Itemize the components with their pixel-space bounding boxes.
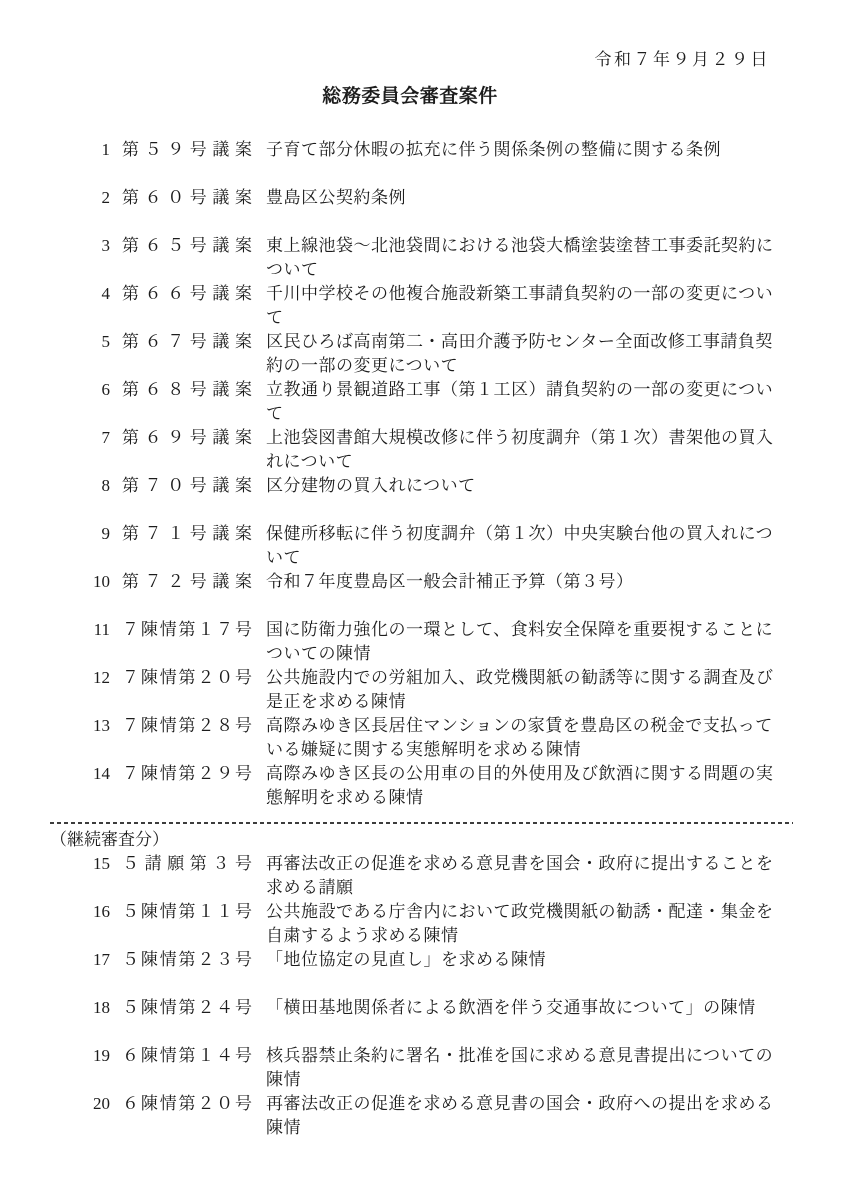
item-case-number: 第５９号議案 xyxy=(122,138,252,162)
agenda-item-row: 2 第６０号議案 豊島区公契約条例 xyxy=(88,186,788,234)
item-number: 14 xyxy=(88,762,110,786)
continuation-agenda-list: 15 ５請願第３号 再審法改正の促進を求める意見書を国会・政府に提出することを求… xyxy=(88,852,788,1140)
item-case-number: ５陳情第２４号 xyxy=(122,996,252,1020)
item-number: 4 xyxy=(88,282,110,306)
item-description: 再審法改正の促進を求める意見書の国会・政府への提出を求める陳情 xyxy=(266,1092,778,1140)
item-description: 再審法改正の促進を求める意見書を国会・政府に提出することを求める請願 xyxy=(266,852,778,900)
item-description: 子育て部分休暇の拡充に伴う関係条例の整備に関する条例 xyxy=(266,138,778,162)
agenda-item-row: 9 第７１号議案 保健所移転に伴う初度調弁（第１次）中央実験台他の買入れについて xyxy=(88,522,788,570)
item-case-number: ６陳情第１４号 xyxy=(122,1044,252,1068)
item-number: 5 xyxy=(88,330,110,354)
agenda-item-row: 16 ５陳情第１１号 公共施設である庁舎内において政党機関紙の勧誘・配達・集金を… xyxy=(88,900,788,948)
item-case-number: ７陳情第２０号 xyxy=(122,666,252,690)
item-number: 1 xyxy=(88,138,110,162)
agenda-list: 1 第５９号議案 子育て部分休暇の拡充に伴う関係条例の整備に関する条例 2 第６… xyxy=(88,138,788,810)
item-description: 高際みゆき区長の公用車の目的外使用及び飲酒に関する問題の実態解明を求める陳情 xyxy=(266,762,778,810)
agenda-item-row: 8 第７０号議案 区分建物の買入れについて xyxy=(88,474,788,522)
item-number: 12 xyxy=(88,666,110,690)
item-case-number: 第６９号議案 xyxy=(122,426,252,450)
item-description: 「地位協定の見直し」を求める陳情 xyxy=(266,948,778,972)
agenda-item-row: 3 第６５号議案 東上線池袋～北池袋間における池袋大橋塗装塗替工事委託契約につい… xyxy=(88,234,788,282)
agenda-item-row: 20 ６陳情第２０号 再審法改正の促進を求める意見書の国会・政府への提出を求める… xyxy=(88,1092,788,1140)
agenda-item-row: 4 第６６号議案 千川中学校その他複合施設新築工事請負契約の一部の変更について xyxy=(88,282,788,330)
item-description: 核兵器禁止条約に署名・批准を国に求める意見書提出についての陳情 xyxy=(266,1044,778,1092)
item-description: 公共施設内での労組加入、政党機関紙の勧誘等に関する調査及び是正を求める陳情 xyxy=(266,666,778,714)
item-case-number: 第６７号議案 xyxy=(122,330,252,354)
item-number: 9 xyxy=(88,522,110,546)
item-description: 立教通り景観道路工事（第１工区）請負契約の一部の変更について xyxy=(266,378,778,426)
item-case-number: 第７０号議案 xyxy=(122,474,252,498)
item-description: 令和７年度豊島区一般会計補正予算（第３号） xyxy=(266,570,778,594)
item-case-number: ７陳情第２９号 xyxy=(122,762,252,786)
agenda-item-row: 17 ５陳情第２３号 「地位協定の見直し」を求める陳情 xyxy=(88,948,788,996)
item-case-number: 第６８号議案 xyxy=(122,378,252,402)
document-date: 令和７年９月２９日 xyxy=(88,48,770,72)
agenda-item-row: 13 ７陳情第２８号 高際みゆき区長居住マンションの家賃を豊島区の税金で支払って… xyxy=(88,714,788,762)
item-description: 東上線池袋～北池袋間における池袋大橋塗装塗替工事委託契約について xyxy=(266,234,778,282)
item-case-number: 第７２号議案 xyxy=(122,570,252,594)
item-case-number: ５陳情第２３号 xyxy=(122,948,252,972)
item-case-number: ５陳情第１１号 xyxy=(122,900,252,924)
item-number: 3 xyxy=(88,234,110,258)
agenda-item-row: 12 ７陳情第２０号 公共施設内での労組加入、政党機関紙の勧誘等に関する調査及び… xyxy=(88,666,788,714)
item-case-number: ５請願第３号 xyxy=(122,852,252,876)
agenda-item-row: 10 第７２号議案 令和７年度豊島区一般会計補正予算（第３号） xyxy=(88,570,788,618)
item-description: 保健所移転に伴う初度調弁（第１次）中央実験台他の買入れについて xyxy=(266,522,778,570)
agenda-item-row: 6 第６８号議案 立教通り景観道路工事（第１工区）請負契約の一部の変更について xyxy=(88,378,788,426)
item-number: 8 xyxy=(88,474,110,498)
item-number: 20 xyxy=(88,1092,110,1116)
agenda-item-row: 19 ６陳情第１４号 核兵器禁止条約に署名・批准を国に求める意見書提出についての… xyxy=(88,1044,788,1092)
item-description: 国に防衛力強化の一環として、食料安全保障を重要視することについての陳情 xyxy=(266,618,778,666)
agenda-item-row: 15 ５請願第３号 再審法改正の促進を求める意見書を国会・政府に提出することを求… xyxy=(88,852,788,900)
item-description: 区民ひろば高南第二・高田介護予防センター全面改修工事請負契約の一部の変更について xyxy=(266,330,778,378)
item-description: 区分建物の買入れについて xyxy=(266,474,778,498)
item-case-number: 第７１号議案 xyxy=(122,522,252,546)
item-case-number: 第６６号議案 xyxy=(122,282,252,306)
agenda-item-row: 14 ７陳情第２９号 高際みゆき区長の公用車の目的外使用及び飲酒に関する問題の実… xyxy=(88,762,788,810)
item-number: 7 xyxy=(88,426,110,450)
agenda-item-row: 1 第５９号議案 子育て部分休暇の拡充に伴う関係条例の整備に関する条例 xyxy=(88,138,788,186)
item-description: 「横田基地関係者による飲酒を伴う交通事故について」の陳情 xyxy=(266,996,778,1020)
item-number: 10 xyxy=(88,570,110,594)
item-description: 千川中学校その他複合施設新築工事請負契約の一部の変更について xyxy=(266,282,778,330)
item-description: 豊島区公契約条例 xyxy=(266,186,778,210)
item-number: 13 xyxy=(88,714,110,738)
item-description: 上池袋図書館大規模改修に伴う初度調弁（第１次）書架他の買入れについて xyxy=(266,426,778,474)
item-description: 高際みゆき区長居住マンションの家賃を豊島区の税金で支払っている嫌疑に関する実態解… xyxy=(266,714,778,762)
agenda-item-row: 11 ７陳情第１７号 国に防衛力強化の一環として、食料安全保障を重要視することに… xyxy=(88,618,788,666)
item-case-number: 第６５号議案 xyxy=(122,234,252,258)
item-number: 18 xyxy=(88,996,110,1020)
continuation-section-label: （継続審査分） xyxy=(50,828,788,852)
item-number: 6 xyxy=(88,378,110,402)
agenda-item-row: 5 第６７号議案 区民ひろば高南第二・高田介護予防センター全面改修工事請負契約の… xyxy=(88,330,788,378)
agenda-item-row: 7 第６９号議案 上池袋図書館大規模改修に伴う初度調弁（第１次）書架他の買入れに… xyxy=(88,426,788,474)
item-number: 16 xyxy=(88,900,110,924)
item-case-number: ７陳情第２８号 xyxy=(122,714,252,738)
item-number: 15 xyxy=(88,852,110,876)
item-description: 公共施設である庁舎内において政党機関紙の勧誘・配達・集金を自粛するよう求める陳情 xyxy=(266,900,778,948)
item-case-number: ７陳情第１７号 xyxy=(122,618,252,642)
section-separator-dashed-line xyxy=(50,822,793,824)
item-number: 11 xyxy=(88,618,110,642)
agenda-item-row: 18 ５陳情第２４号 「横田基地関係者による飲酒を伴う交通事故について」の陳情 xyxy=(88,996,788,1044)
item-number: 2 xyxy=(88,186,110,210)
item-case-number: ６陳情第２０号 xyxy=(122,1092,252,1116)
item-number: 17 xyxy=(88,948,110,972)
item-case-number: 第６０号議案 xyxy=(122,186,252,210)
committee-agenda-document: 令和７年９月２９日 総務委員会審査案件 1 第５９号議案 子育て部分休暇の拡充に… xyxy=(0,0,848,1199)
item-number: 19 xyxy=(88,1044,110,1068)
page-title: 総務委員会審査案件 xyxy=(88,84,732,110)
